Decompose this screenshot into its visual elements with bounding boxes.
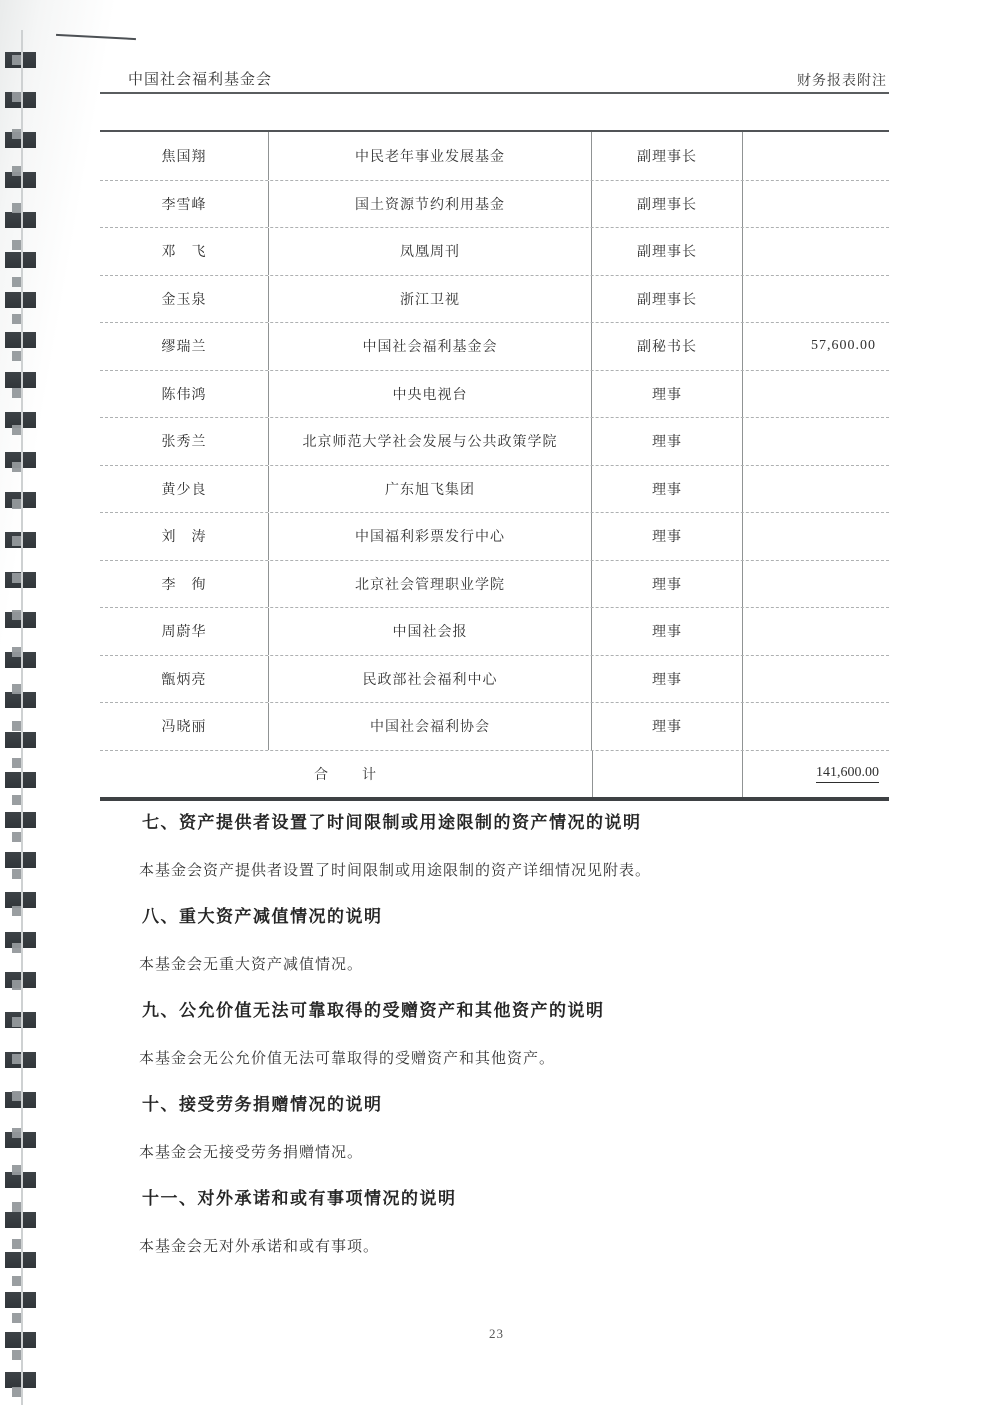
member-amount-cell — [743, 418, 888, 465]
table-row: 冯晓丽中国社会福利协会理事 — [100, 702, 889, 750]
member-org-cell: 中民老年事业发展基金 — [268, 132, 592, 180]
member-amount-cell — [743, 703, 888, 750]
member-title-cell: 理事 — [592, 561, 743, 608]
member-name-cell: 焦国翔 — [100, 132, 268, 180]
member-amount-cell — [743, 181, 888, 228]
member-name-cell: 李 徇 — [100, 561, 268, 608]
member-amount-cell — [743, 513, 888, 560]
member-title-cell: 理事 — [592, 466, 743, 513]
section-9-heading: 九、公允价值无法可靠取得的受赠资产和其他资产的说明 — [139, 1000, 899, 1022]
member-org-cell: 中央电视台 — [268, 371, 592, 418]
total-row: 合 计 141,600.00 — [100, 750, 889, 798]
member-org-cell: 中国社会福利基金会 — [268, 323, 592, 370]
member-amount-cell — [743, 656, 888, 703]
table-row: 陈伟鸿中央电视台理事 — [100, 370, 889, 418]
section-11-heading: 十一、对外承诺和或有事项情况的说明 — [139, 1188, 899, 1210]
member-org-cell: 中国福利彩票发行中心 — [268, 513, 592, 560]
member-name-cell: 李雪峰 — [100, 181, 268, 228]
table-row: 张秀兰北京师范大学社会发展与公共政策学院理事 — [100, 417, 889, 465]
member-amount-cell — [743, 561, 888, 608]
member-name-cell: 甑炳亮 — [100, 656, 268, 703]
scanned-document-page: 中国社会福利基金会 财务报表附注 焦国翔中民老年事业发展基金副理事长李雪峰国土资… — [0, 0, 993, 1405]
member-org-cell: 北京师范大学社会发展与公共政策学院 — [268, 418, 592, 465]
member-name-cell: 冯晓丽 — [100, 703, 268, 750]
member-title-cell: 副理事长 — [592, 181, 743, 228]
table-row: 周蔚华中国社会报理事 — [100, 607, 889, 655]
table-row: 甑炳亮民政部社会福利中心理事 — [100, 655, 889, 703]
member-name-cell: 缪瑞兰 — [100, 323, 268, 370]
members-table: 焦国翔中民老年事业发展基金副理事长李雪峰国土资源节约利用基金副理事长邓 飞凤凰周… — [100, 130, 889, 801]
member-amount-cell — [743, 228, 888, 275]
page-top-edge — [56, 34, 136, 40]
member-title-cell: 副理事长 — [592, 276, 743, 323]
table-row: 刘 涛中国福利彩票发行中心理事 — [100, 512, 889, 560]
section-7-heading: 七、资产提供者设置了时间限制或用途限制的资产情况的说明 — [139, 812, 899, 834]
member-amount-cell — [743, 276, 888, 323]
table-row: 金玉泉浙江卫视副理事长 — [100, 275, 889, 323]
total-amount-value: 141,600.00 — [816, 765, 879, 783]
member-name-cell: 黄少良 — [100, 466, 268, 513]
member-name-cell: 张秀兰 — [100, 418, 268, 465]
member-org-cell: 中国社会报 — [268, 608, 592, 655]
member-org-cell: 国土资源节约利用基金 — [268, 181, 592, 228]
member-org-cell: 民政部社会福利中心 — [268, 656, 592, 703]
member-name-cell: 陈伟鸿 — [100, 371, 268, 418]
member-org-cell: 浙江卫视 — [268, 276, 592, 323]
table-row: 焦国翔中民老年事业发展基金副理事长 — [100, 132, 889, 180]
member-org-cell: 广东旭飞集团 — [268, 466, 592, 513]
member-org-cell: 北京社会管理职业学院 — [268, 561, 592, 608]
member-title-cell: 理事 — [592, 513, 743, 560]
header-org-name: 中国社会福利基金会 — [128, 68, 272, 89]
members-table-rows: 焦国翔中民老年事业发展基金副理事长李雪峰国土资源节约利用基金副理事长邓 飞凤凰周… — [100, 132, 889, 750]
member-title-cell: 副理事长 — [592, 228, 743, 275]
section-9-body: 本基金会无公允价值无法可靠取得的受赠资产和其他资产。 — [139, 1048, 899, 1070]
table-row: 黄少良广东旭飞集团理事 — [100, 465, 889, 513]
table-row: 李雪峰国土资源节约利用基金副理事长 — [100, 180, 889, 228]
page-edge-line — [21, 30, 23, 1405]
section-10-body: 本基金会无接受劳务捐赠情况。 — [139, 1142, 899, 1164]
member-amount-cell: 57,600.00 — [743, 323, 888, 370]
member-amount-cell — [743, 466, 888, 513]
total-label-cell: 合 计 — [100, 751, 592, 798]
member-amount-cell — [743, 608, 888, 655]
member-title-cell: 理事 — [592, 418, 743, 465]
member-name-cell: 周蔚华 — [100, 608, 268, 655]
section-11-body: 本基金会无对外承诺和或有事项。 — [139, 1236, 899, 1258]
notes-sections: 七、资产提供者设置了时间限制或用途限制的资产情况的说明 本基金会资产提供者设置了… — [139, 812, 899, 1282]
table-row: 邓 飞凤凰周刊副理事长 — [100, 227, 889, 275]
total-amount-cell: 141,600.00 — [743, 751, 889, 798]
member-title-cell: 理事 — [592, 371, 743, 418]
section-8-body: 本基金会无重大资产减值情况。 — [139, 954, 899, 976]
member-org-cell: 中国社会福利协会 — [268, 703, 592, 750]
header-doc-title: 财务报表附注 — [797, 70, 887, 90]
member-amount-cell — [743, 132, 888, 180]
page-number: 23 — [0, 1326, 993, 1342]
member-name-cell: 邓 飞 — [100, 228, 268, 275]
section-10-heading: 十、接受劳务捐赠情况的说明 — [139, 1094, 899, 1116]
section-7-body: 本基金会资产提供者设置了时间限制或用途限制的资产详细情况见附表。 — [139, 860, 899, 882]
member-name-cell: 刘 涛 — [100, 513, 268, 560]
header-rule — [100, 92, 889, 94]
table-row: 李 徇北京社会管理职业学院理事 — [100, 560, 889, 608]
member-title-cell: 副理事长 — [592, 132, 743, 180]
section-8-heading: 八、重大资产减值情况的说明 — [139, 906, 899, 928]
member-title-cell: 理事 — [592, 703, 743, 750]
member-title-cell: 副秘书长 — [592, 323, 743, 370]
member-name-cell: 金玉泉 — [100, 276, 268, 323]
member-title-cell: 理事 — [592, 656, 743, 703]
member-amount-cell — [743, 371, 888, 418]
total-title-cell — [592, 751, 743, 798]
table-row: 缪瑞兰中国社会福利基金会副秘书长57,600.00 — [100, 322, 889, 370]
member-title-cell: 理事 — [592, 608, 743, 655]
member-org-cell: 凤凰周刊 — [268, 228, 592, 275]
